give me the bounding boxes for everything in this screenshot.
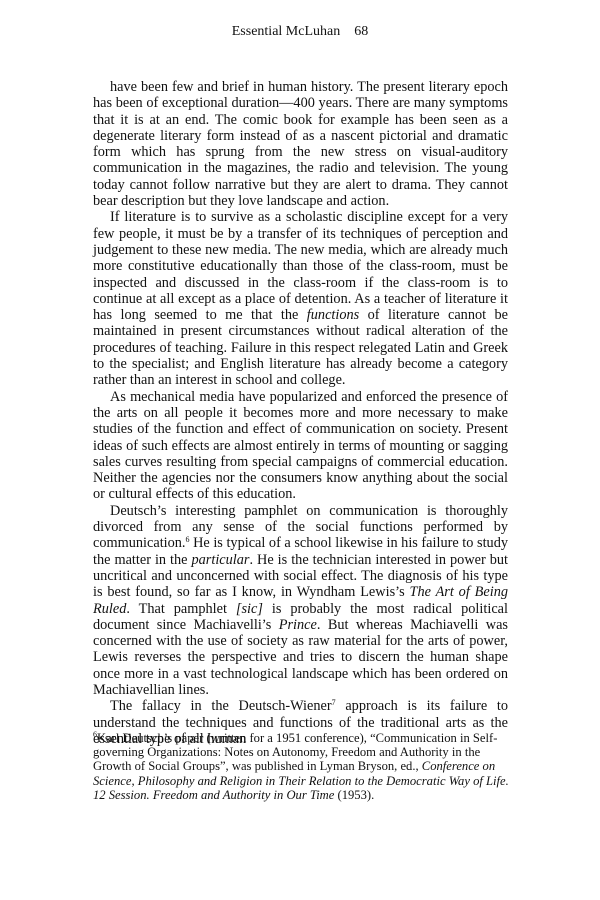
text-run: (1953).	[334, 788, 374, 802]
text-run: . That pamphlet	[126, 601, 236, 617]
running-header: Essential McLuhan68	[0, 24, 600, 40]
emphasis: particular	[192, 552, 250, 568]
emphasis: functions	[307, 307, 359, 323]
text-run: If literature is to survive as a scholas…	[93, 209, 508, 323]
paragraph-3: As mechanical media have popularized and…	[93, 389, 508, 503]
emphasis: [sic]	[236, 601, 263, 617]
text-run: The fallacy in the Deutsch-Wiener	[110, 698, 332, 714]
paragraph-2: If literature is to survive as a scholas…	[93, 209, 508, 388]
paragraph-4: Deutsch’s interesting pamphlet on commun…	[93, 503, 508, 699]
book-title: Essential McLuhan	[232, 24, 340, 39]
book-title-ref: Prince	[279, 617, 317, 633]
main-text: have been few and brief in human history…	[93, 79, 508, 747]
page-number: 68	[354, 24, 368, 39]
footnote: 6Karl Deutsch’s paper (written for a 195…	[93, 731, 513, 802]
paragraph-1: have been few and brief in human history…	[93, 79, 508, 209]
footnote-6: 6Karl Deutsch’s paper (written for a 195…	[93, 731, 513, 802]
